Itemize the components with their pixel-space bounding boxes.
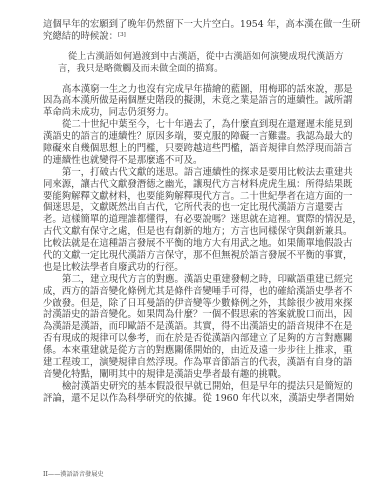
text-line: 的連續性也就變得不是那麼遙不可及。 xyxy=(43,155,316,167)
text-line: 評論，還不足以作為科學研究的依據。從 1960 年代以來，漢語史學者開始 xyxy=(43,393,316,405)
text-line: 比較法就是在這種語言發展不平衡的地方大有用武之地。如果簡單地假設古 xyxy=(43,238,316,250)
text-line: 成，西方的語音變化條例尤其是條件音變唾手可得，也的確給漢語史學者不 xyxy=(43,286,316,298)
page-footer: II——漢語語音發展史 xyxy=(43,471,104,479)
text-line: 第一，打破古代文獻的迷思。語言連續性的探求是要用比較法去重建共 xyxy=(43,167,316,179)
footnote-marker[interactable]: [3] xyxy=(118,32,126,38)
paragraph-2: 從二十世紀中葉至今，七十年過去了，為什麼直到現在還遲遲未能見到 漢語史的語言的連… xyxy=(43,119,316,167)
text-line: 討漢語史的語音變化。如果問為什麼？一個不假思索的答案就脫口而出，因 xyxy=(43,309,316,321)
text-line: 古代文獻有保守之處，但是也有創新的地方；方言也同樣保守與創新兼具。 xyxy=(43,226,316,238)
text-line: 為漢語是漢語，而印歐語不是漢語。其實，得不出漢語史的語音規律不在是 xyxy=(43,321,316,333)
paragraph-3: 第一，打破古代文獻的迷思。語言連續性的探求是要用比較法去重建共 同來源，讓古代文… xyxy=(43,167,316,274)
paragraph-1: 高本漢窮一生之力也沒有完成早年描繪的藍圖，用梅耶的話來說，那是 因為高本漢所做是… xyxy=(43,84,316,120)
text-line: 障礙來自幾個思想上的門檻，只要跨越這些門檻，語音規律自然浮現而語言 xyxy=(43,143,316,155)
paragraph-4: 第二，建立現代方言的對應。漢語史重建發軔之時，印歐語重建已經完 成，西方的語音變… xyxy=(43,274,316,381)
text-line: 少啟發。但是，除了日耳曼語的伊音變等少數條例之外，其餘很少被用來探 xyxy=(43,298,316,310)
footer-separator: —— xyxy=(48,471,60,478)
text-line: 同來源，讓古代文獻發潛德之幽光，讓現代方言材料虎虎生風：所得結果既 xyxy=(43,179,316,191)
text-line: 老。這樣簡單的道理誰都懂得，有必要說嗎？迷思就在這裡。實際的情況是， xyxy=(43,214,316,226)
running-title: 漢語語音發展史 xyxy=(60,471,103,478)
document-page: 這個早年的宏願到了晚年仍然留下一大片空白。1954 年，高本漢在做一生研 究總結… xyxy=(43,19,316,405)
text-line: 係。本來重建就是從方言的對應關係開始的，由近及遠一步步往上推求，重 xyxy=(43,345,316,357)
text-line: 這個早年的宏願到了晚年仍然留下一大片空白。1954 年，高本漢在做一生研 xyxy=(43,19,316,31)
text-line: 個迷思是，文獻既然出自古代，它所代表的也一定比現代漢語方言還要古 xyxy=(43,202,316,214)
text-line: 因為高本漢所做是兩個歷史階段的擬測，未竟之業是語言的連續性。誠所謂 xyxy=(43,95,316,107)
text-line: 高本漢窮一生之力也沒有完成早年描繪的藍圖，用梅耶的話來說，那是 xyxy=(43,84,316,96)
text-line: 也是比較法學者自廢武功的行徑。 xyxy=(43,262,316,274)
text-line: 究總結的時候說：[3] xyxy=(43,31,316,43)
text-line: 漢語史的語言的連續性？原因多端，要克服的障礙一言難盡。我認為最大的 xyxy=(43,131,316,143)
text-line: 要能夠解釋文獻材料，也要能夠解釋現代方言。二十世紀學者在這方面的一 xyxy=(43,191,316,203)
text-line: 從二十世紀中葉至今，七十年過去了，為什麼直到現在還遲遲未能見到 xyxy=(43,119,316,131)
text-line: 建工程竣工，演變規律自然浮現。作為單音節語言的代表，漢語有自身的語 xyxy=(43,357,316,369)
text-line: 革命尚未成功，同志仍須努力。 xyxy=(43,107,316,119)
text-line: 檢討漢語史研究的基本假設很早就已開始，但是早年的提法只是簡短的 xyxy=(43,381,316,393)
text-line: 代的文獻一定比現代漢語方言保守，那不但無視於語言發展不平衡的事實， xyxy=(43,250,316,262)
block-quote: 從上古漢語如何過渡到中古漢語，從中古漢語如何演變成現代漢語方 言，我只是略微觸及… xyxy=(43,51,302,75)
paragraph-5: 檢討漢語史研究的基本假設很早就已開始，但是早年的提法只是簡短的 評論，還不足以作… xyxy=(43,381,316,405)
text-line: 否有現成的規律可以參考，而在於是否從漢語內部建立了足夠的方言對應關 xyxy=(43,333,316,345)
text-line: 音變化特點，闡明其中的規律是漢語史學者最有趣的挑戰。 xyxy=(43,369,316,381)
intro-paragraph: 這個早年的宏願到了晚年仍然留下一大片空白。1954 年，高本漢在做一生研 究總結… xyxy=(43,19,316,43)
quote-line: 從上古漢語如何過渡到中古漢語，從中古漢語如何演變成現代漢語方 xyxy=(58,51,302,63)
quote-line: 言，我只是略微觸及而未做全面的描寫。 xyxy=(58,63,302,75)
text-line: 第二，建立現代方言的對應。漢語史重建發軔之時，印歐語重建已經完 xyxy=(43,274,316,286)
